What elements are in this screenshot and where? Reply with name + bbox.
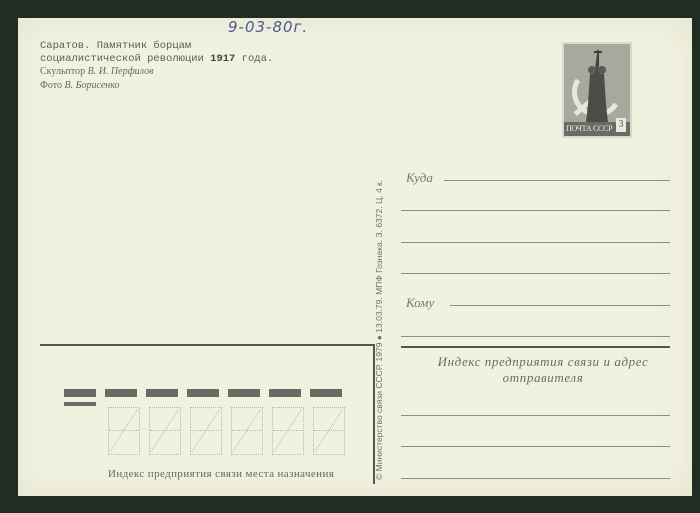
sender-divider <box>401 346 670 348</box>
sculptor-label: Скульптор <box>40 66 88 77</box>
address-line-4[interactable] <box>401 273 670 274</box>
photo-label: Фото <box>40 80 65 91</box>
photo-name: В. Борисенко <box>65 80 120 91</box>
postcard: 9-03-80г. Саратов. Памятник борцам социа… <box>18 18 692 496</box>
index-frame-top <box>40 344 374 346</box>
stamp-label: ПОЧТА СССР <box>566 124 612 133</box>
sculptor-name: В. И. Перфилов <box>88 66 154 77</box>
index-digit-bar-2 <box>146 389 178 397</box>
index-digit-bar-1 <box>105 389 137 397</box>
index-caption: Индекс предприятия связи места назначени… <box>108 468 334 480</box>
handwritten-date: 9-03-80г. <box>228 18 308 36</box>
index-frame-right <box>373 344 375 484</box>
index-digit-bar-4 <box>228 389 260 397</box>
sender-line-1[interactable] <box>401 415 670 416</box>
publisher-imprint: © Министерство связи СССР. 1979 ● 13.03.… <box>374 180 384 480</box>
caption-line-2-suffix: года. <box>235 53 273 65</box>
caption-line-2-text: социалистической революции <box>40 53 210 65</box>
index-digit-bar-3 <box>187 389 219 397</box>
address-line-3[interactable] <box>401 242 670 243</box>
index-marker-bar <box>64 389 96 397</box>
index-digit-box-2[interactable] <box>149 407 181 455</box>
index-digit-box-5[interactable] <box>272 407 304 455</box>
index-digit-box-1[interactable] <box>108 407 140 455</box>
sender-line-3[interactable] <box>401 478 670 479</box>
index-digit-box-3[interactable] <box>190 407 222 455</box>
sender-caption: Индекс предприятия связи и адрес отправи… <box>398 354 688 386</box>
caption-year: 1917 <box>210 53 235 65</box>
index-digit-box-6[interactable] <box>313 407 345 455</box>
caption-line-1: Саратов. Памятник борцам <box>40 40 273 53</box>
address-line-1[interactable] <box>444 180 670 181</box>
sender-caption-line-1: Индекс предприятия связи и адрес <box>398 354 688 370</box>
to-where-label: Куда <box>406 170 433 186</box>
stamp-value: 3 <box>616 118 626 132</box>
index-digit-bar-5 <box>269 389 301 397</box>
index-digit-bar-6 <box>310 389 342 397</box>
to-whom-label: Кому <box>406 295 434 311</box>
postage-stamp: ПОЧТА СССР 3 <box>562 42 632 138</box>
index-marker-bar-lower <box>64 402 96 406</box>
card-caption: Саратов. Памятник борцам социалистическо… <box>40 40 273 66</box>
sender-line-2[interactable] <box>401 446 670 447</box>
recipient-line-2[interactable] <box>401 336 670 337</box>
index-digit-box-4[interactable] <box>231 407 263 455</box>
caption-line-2: социалистической революции 1917 года. <box>40 53 273 66</box>
recipient-line-1[interactable] <box>450 305 670 306</box>
address-line-2[interactable] <box>401 210 670 211</box>
sender-caption-line-2: отправителя <box>398 370 688 386</box>
photo-credit: Фото В. Борисенко <box>40 80 120 91</box>
sculptor-credit: Скульптор В. И. Перфилов <box>40 66 154 77</box>
